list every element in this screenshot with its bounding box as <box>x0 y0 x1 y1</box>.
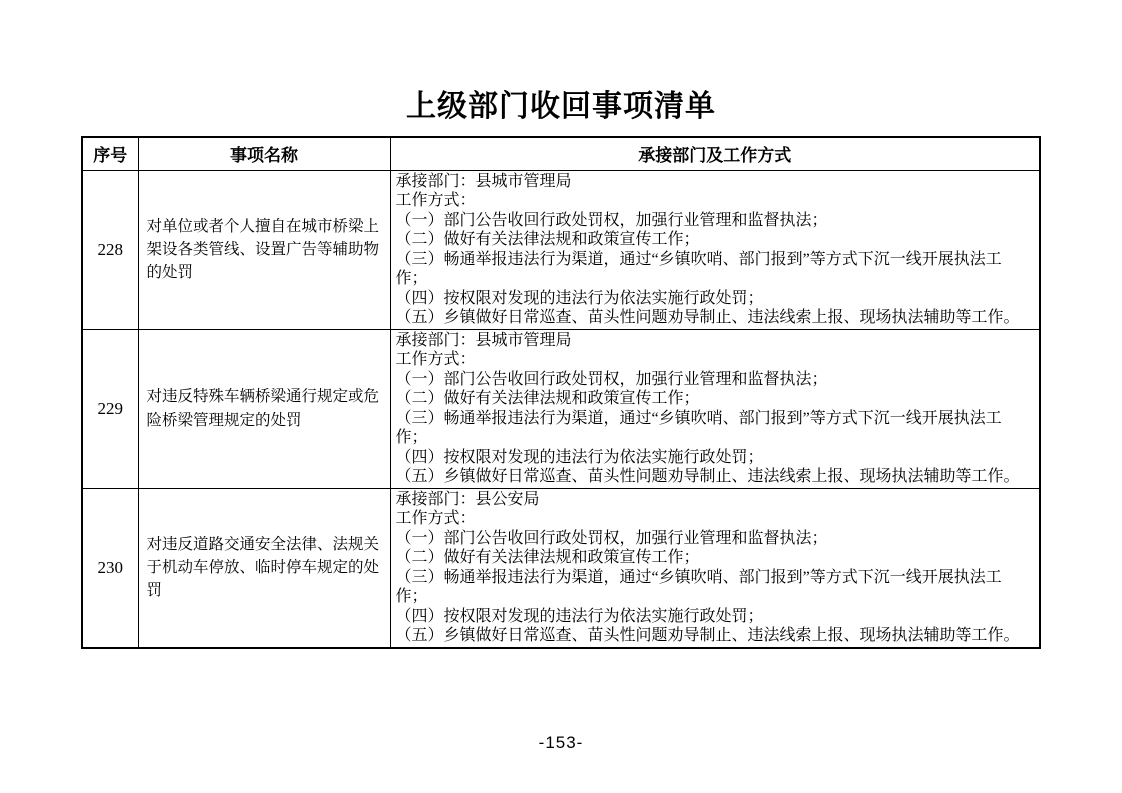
table-row: 228 对单位或者个人擅自在城市桥梁上架设各类管线、设置广告等辅助物的处罚 承接… <box>82 170 1040 329</box>
row-item-name: 对违反道路交通安全法律、法规关于机动车停放、临时停车规定的处罚 <box>138 488 390 648</box>
row-item-name: 对违反特殊车辆桥梁通行规定或危险桥梁管理规定的处罚 <box>138 329 390 488</box>
table-row: 229 对违反特殊车辆桥梁通行规定或危险桥梁管理规定的处罚 承接部门：县城市管理… <box>82 329 1040 488</box>
header-department-and-method: 承接部门及工作方式 <box>390 137 1040 170</box>
row-item-name: 对单位或者个人擅自在城市桥梁上架设各类管线、设置广告等辅助物的处罚 <box>138 170 390 329</box>
header-serial-number: 序号 <box>82 137 138 170</box>
row-department-detail: 承接部门：县公安局 工作方式： （一）部门公告收回行政处罚权，加强行业管理和监督… <box>390 488 1040 648</box>
row-serial-number: 230 <box>82 488 138 648</box>
row-department-detail: 承接部门：县城市管理局 工作方式： （一）部门公告收回行政处罚权，加强行业管理和… <box>390 329 1040 488</box>
row-serial-number: 228 <box>82 170 138 329</box>
items-table: 序号 事项名称 承接部门及工作方式 228 对单位或者个人擅自在城市桥梁上架设各… <box>81 136 1041 649</box>
page-title: 上级部门收回事项清单 <box>0 88 1122 126</box>
header-item-name: 事项名称 <box>138 137 390 170</box>
document-page: 上级部门收回事项清单 序号 事项名称 承接部门及工作方式 228 对单位或者个人… <box>0 0 1122 793</box>
table-header-row: 序号 事项名称 承接部门及工作方式 <box>82 137 1040 170</box>
page-number: -153- <box>0 733 1122 753</box>
table-row: 230 对违反道路交通安全法律、法规关于机动车停放、临时停车规定的处罚 承接部门… <box>82 488 1040 648</box>
row-department-detail: 承接部门：县城市管理局 工作方式： （一）部门公告收回行政处罚权，加强行业管理和… <box>390 170 1040 329</box>
row-serial-number: 229 <box>82 329 138 488</box>
